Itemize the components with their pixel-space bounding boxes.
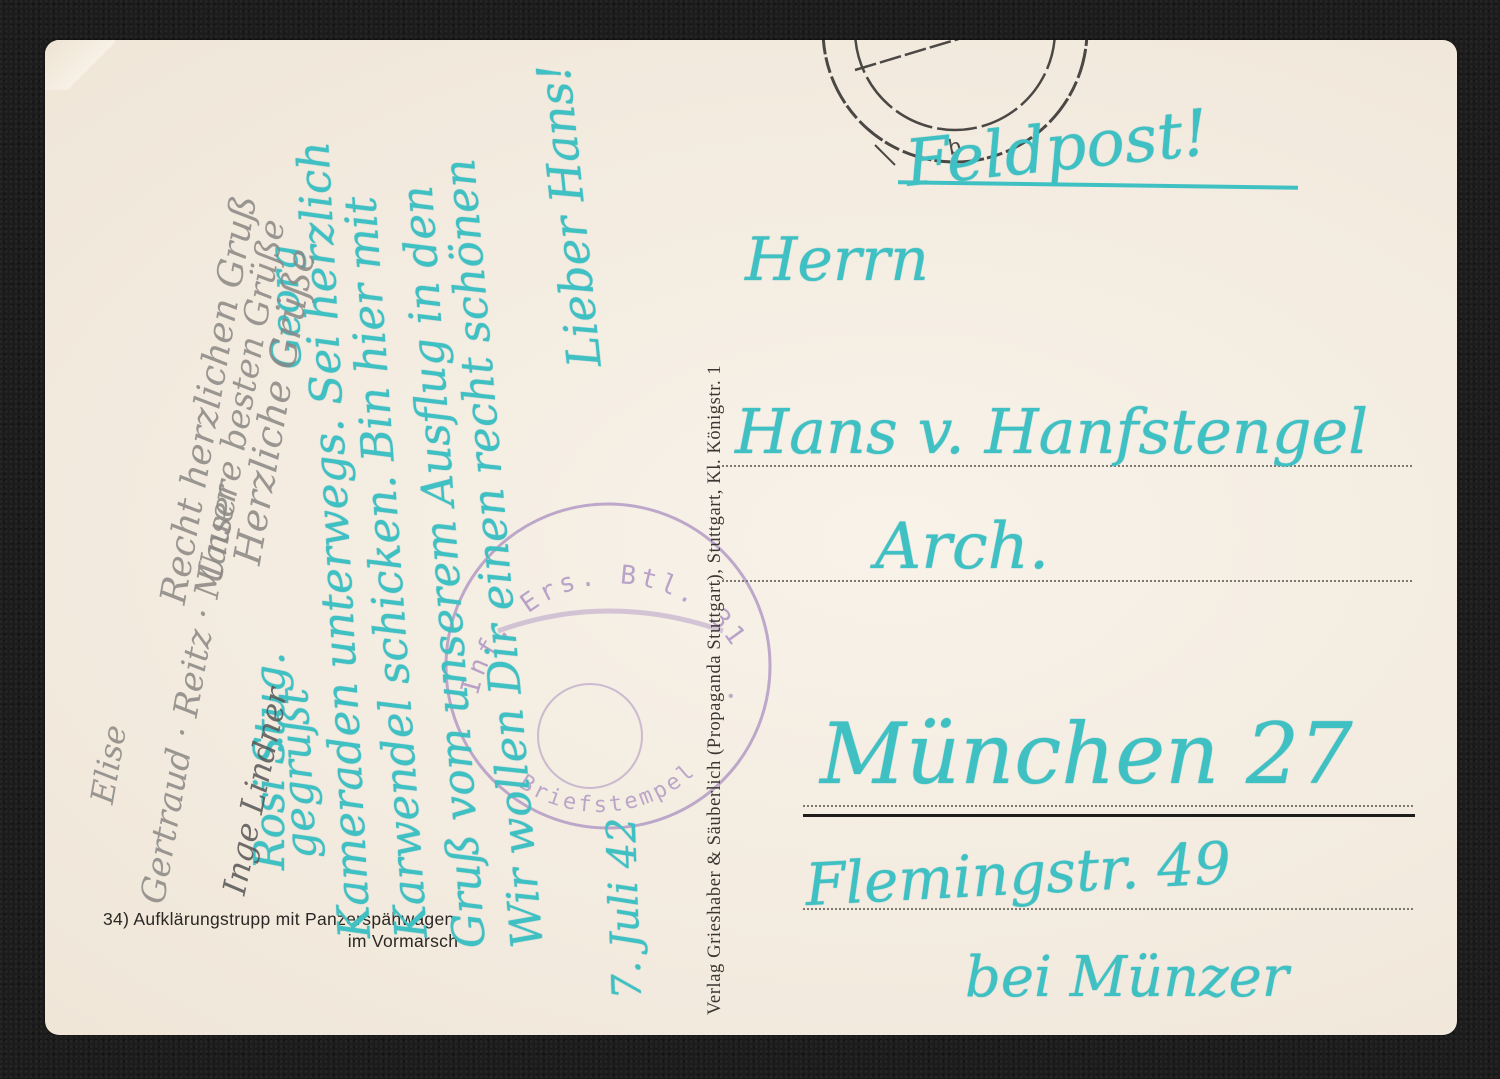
worn-corner (45, 40, 115, 90)
message-line-1: Lieber Hans! (526, 61, 612, 370)
pencil-line-6: Elise (83, 722, 134, 807)
postcard: b Inf. Ers. Btl. 316 Briefstempel • Feld… (45, 40, 1457, 1035)
address-line-2 (717, 580, 1412, 582)
address-city: München 27 (820, 705, 1353, 803)
address-title: Arch. (875, 510, 1049, 584)
address-name: Hans v. Hanfstengel (735, 395, 1368, 468)
publisher-text: Verlag Grieshaber & Säuberlich (Propagan… (705, 365, 726, 1015)
svg-text:Briefstempel: Briefstempel (515, 758, 702, 818)
address-rule (803, 814, 1415, 817)
message-date: 7. Juli 42 (599, 817, 651, 1000)
address-care-of: bei Münzer (965, 945, 1289, 1010)
address-line-3 (803, 805, 1413, 807)
unit-stamp-text-bottom: Briefstempel (515, 758, 702, 818)
address-salutation: Herrn (745, 225, 929, 295)
publisher-imprint: Verlag Grieshaber & Säuberlich (Propagan… (695, 40, 731, 1035)
address-street: Flemingstr. 49 (804, 829, 1233, 919)
